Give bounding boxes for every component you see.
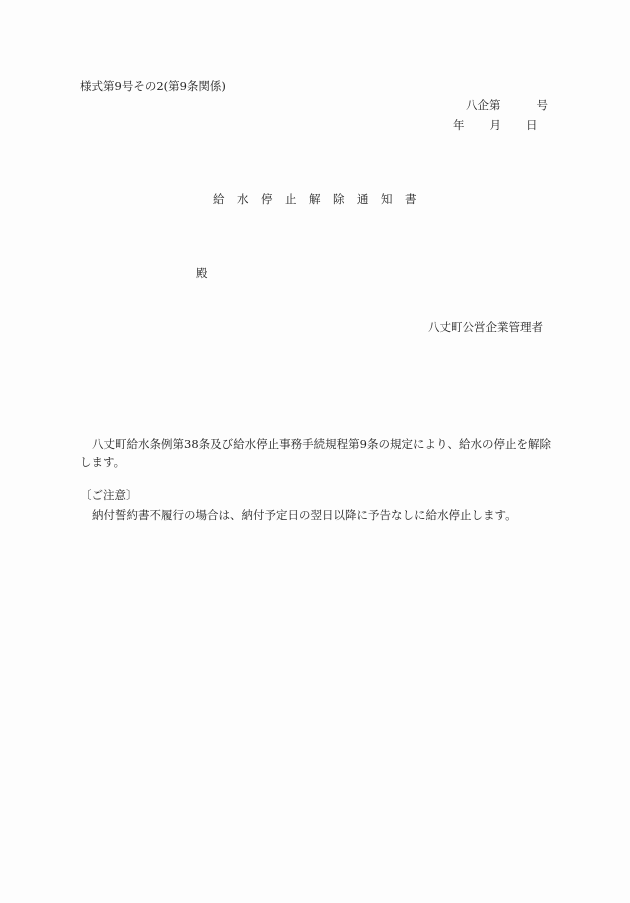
issuer-name: 八丈町公営企業管理者: [428, 322, 543, 334]
document-title: 給水停止解除通知書: [213, 194, 429, 206]
document-number-suffix: 号: [537, 98, 549, 112]
date-day-label: 日: [526, 118, 538, 132]
date-month-label: 月: [490, 118, 502, 132]
notes-heading: 〔ご注意〕: [80, 490, 138, 502]
issue-date: 年月日: [453, 120, 538, 132]
notes-text: 納付誓約書不履行の場合は、納付予定日の翌日以降に予告なしに給水停止します。: [92, 510, 517, 522]
notice-body-line-1: 八丈町給水条例第38条及び給水停止事務手続規程第9条の規定により、給水の停止を解…: [92, 437, 551, 451]
notice-body-line-2: します。: [80, 453, 550, 471]
addressee-honorific: 殿: [196, 268, 208, 280]
form-number: 様式第9号その2(第9条関係): [80, 81, 226, 93]
document-number: 八企第号: [466, 100, 548, 112]
date-year-label: 年: [453, 118, 465, 132]
document-number-prefix: 八企第: [466, 98, 501, 112]
notice-body: 八丈町給水条例第38条及び給水停止事務手続規程第9条の規定により、給水の停止を解…: [80, 435, 550, 471]
